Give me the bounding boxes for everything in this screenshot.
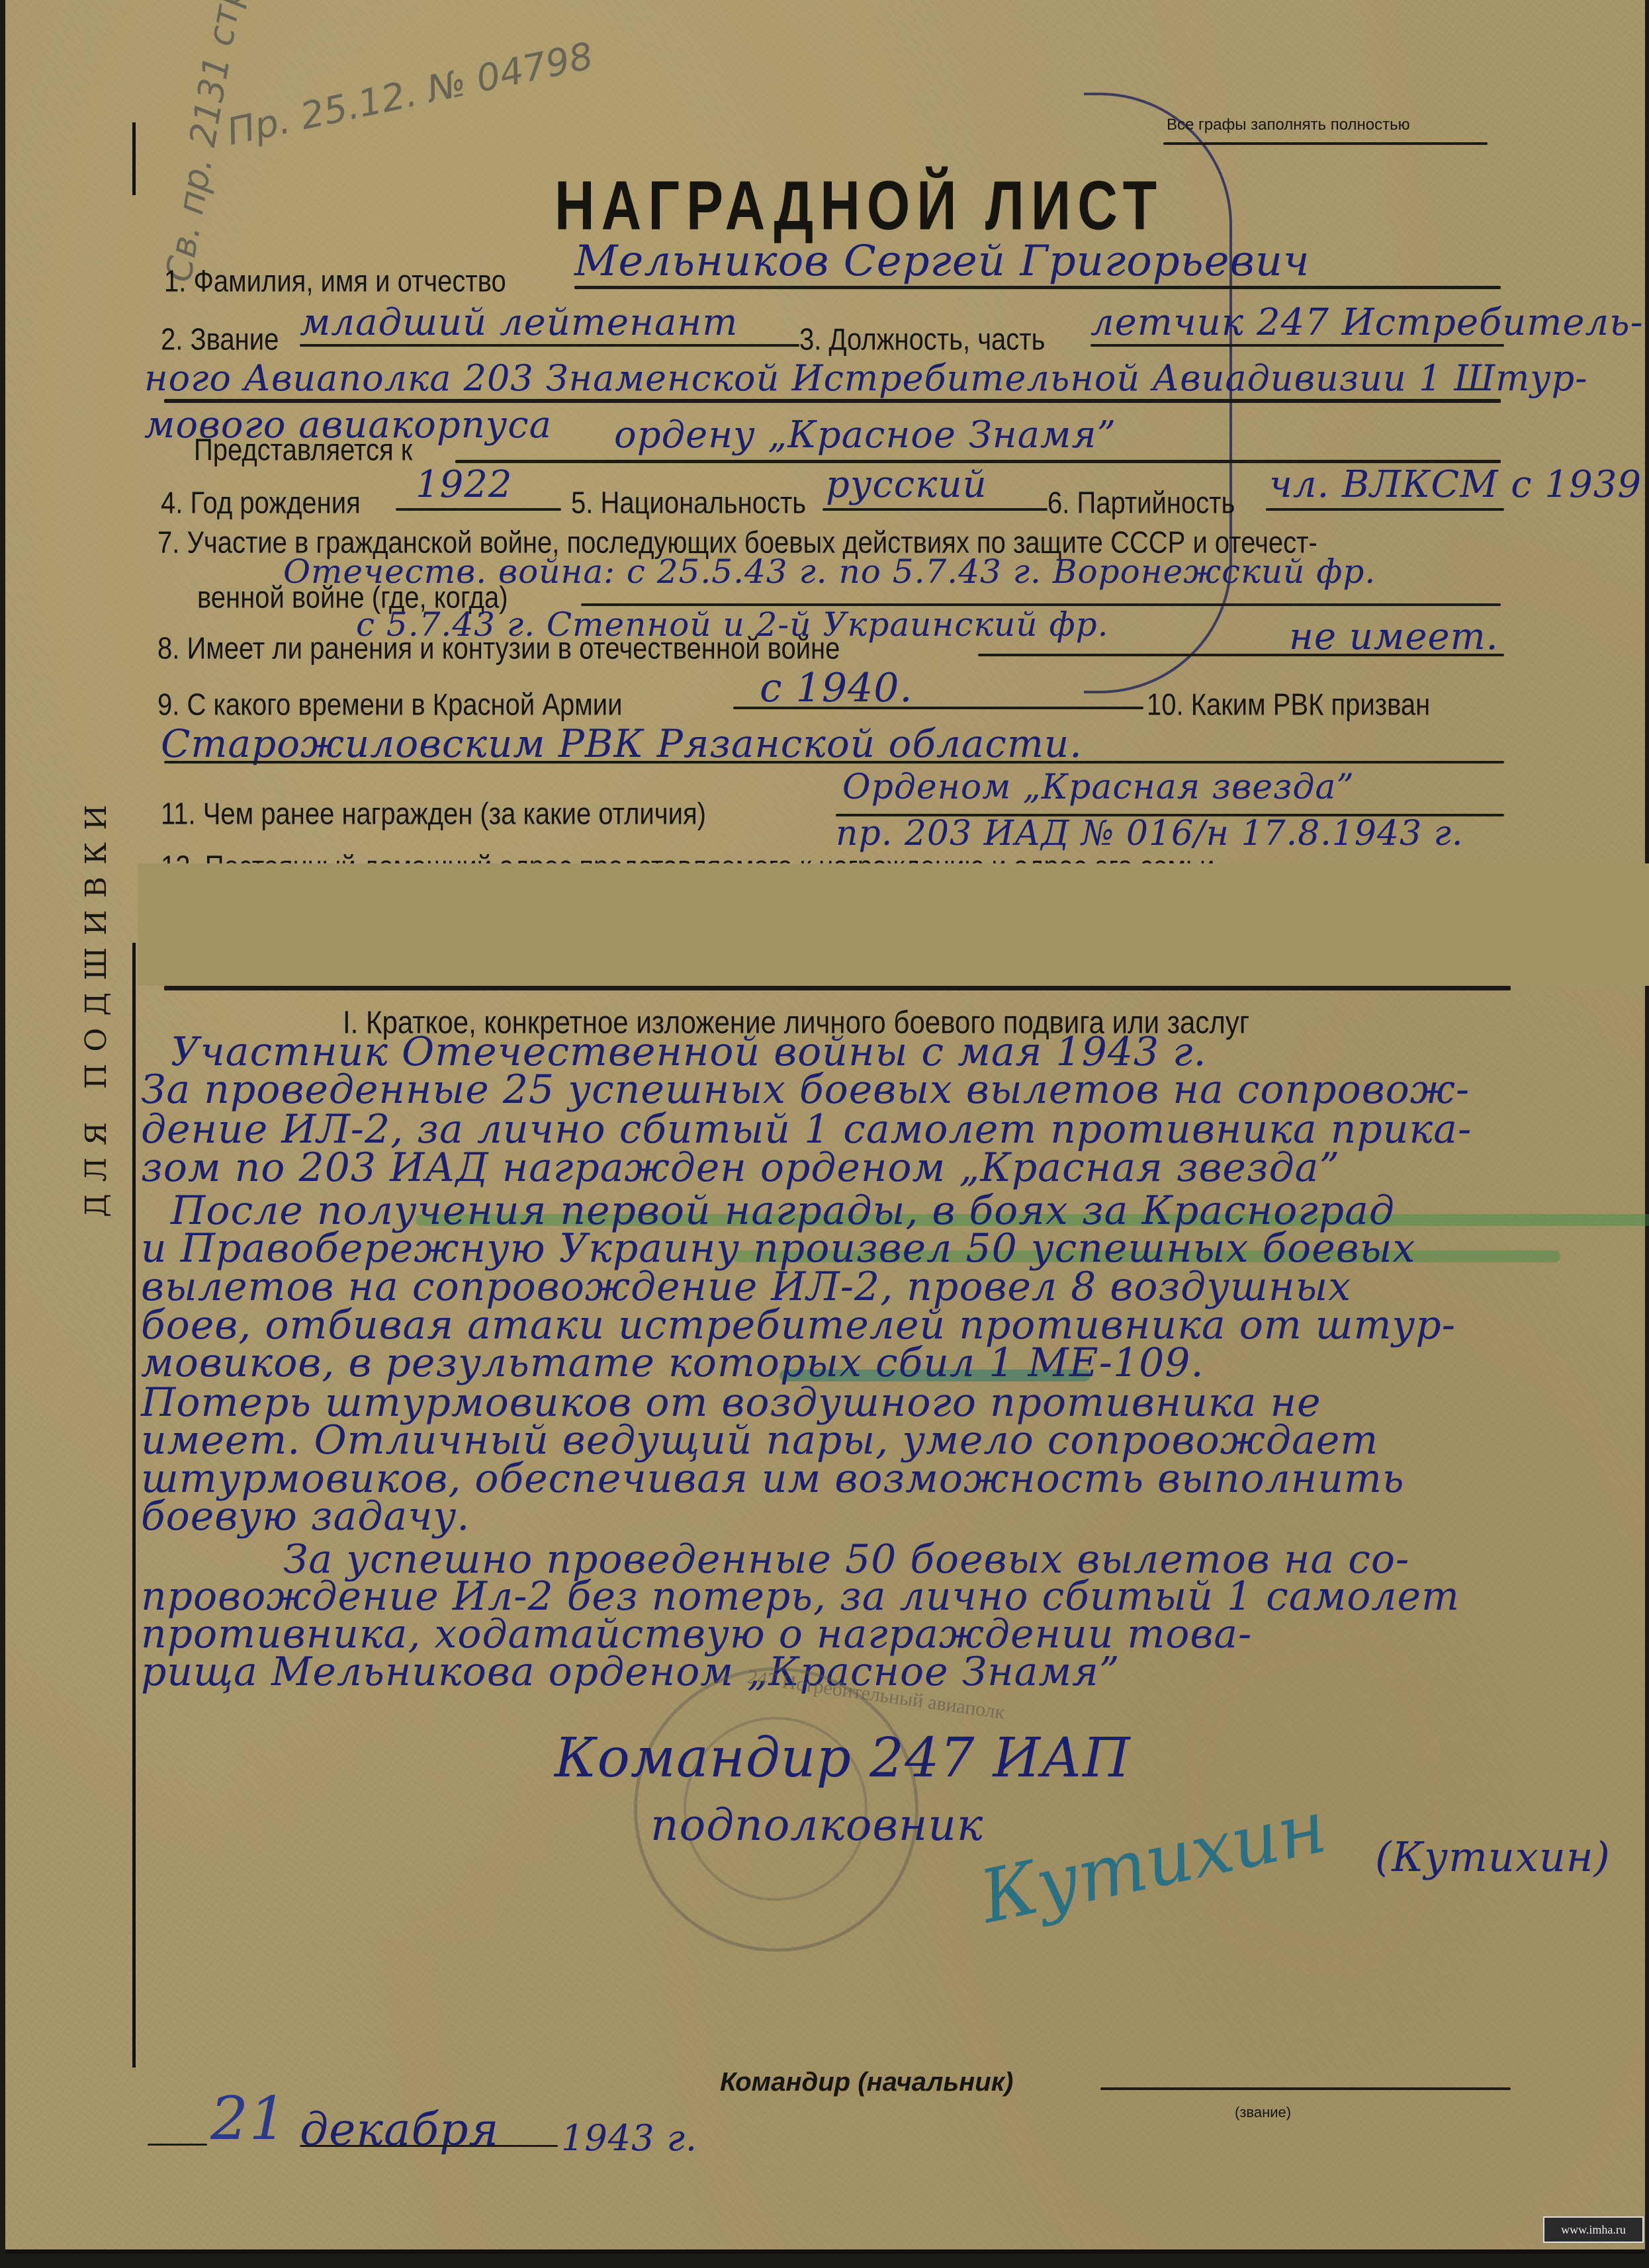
field-3-value-line2: ного Авиаполка 203 Знаменской Истребител… (144, 357, 1587, 399)
field-11-value-line2: пр. 203 ИАД № 016/н 17.8.1943 г. (836, 814, 1463, 853)
presented-label: Представляется к (194, 433, 412, 468)
field-3-value-line1: летчик 247 Истребитель- (1091, 301, 1644, 344)
commander-name: (Кутихин) (1375, 1833, 1611, 1881)
binding-rule (132, 943, 136, 2068)
field-4-underline (396, 508, 561, 511)
field-3-underline-1 (1091, 344, 1504, 347)
presented-value: ордену „Красное Знамя” (614, 414, 1116, 457)
field-1-underline (574, 286, 1501, 289)
date-month: декабря (300, 2104, 500, 2156)
field-2-label: 2. Звание (161, 323, 279, 357)
field-5-label: 5. Национальность (571, 486, 806, 521)
field-10-underline (164, 761, 1504, 763)
date-month-underline (300, 2145, 558, 2147)
field-6-underline (1266, 508, 1504, 511)
date-day-underline (148, 2144, 207, 2146)
field-8-underline (978, 654, 1504, 656)
field-6-value: чл. ВЛКСМ с 1939 г. (1269, 463, 1649, 506)
field-1-label: 1. Фамилия, имя и отчество (164, 265, 506, 299)
field-6-label: 6. Партийность (1047, 486, 1235, 521)
page-title: НАГРАДНОЙ ЛИСТ (555, 165, 1163, 245)
field-5-value: русский (826, 463, 987, 506)
field-3-label: 3. Должность, часть (799, 323, 1045, 357)
narrative-line: рища Мельникова орденом „Красное Знамя” (141, 1649, 1120, 1695)
date-year: 1943 г. (561, 2117, 697, 2159)
binding-margin-label: ДЛЯ ПОДШИВКИ (79, 793, 113, 1217)
section-divider (164, 986, 1511, 990)
narrative-line: зом по 203 ИАД награжден орденом „Красна… (141, 1145, 1340, 1191)
rank-caption: (звание) (1235, 2104, 1291, 2121)
field-11-value-line1: Орденом „Красная звезда” (842, 767, 1355, 807)
field-4-label: 4. Год рождения (161, 486, 361, 521)
field-4-value: 1922 (416, 463, 513, 506)
commander-label: Командир (начальник) (720, 2068, 1013, 2097)
field-9-value: с 1940. (760, 665, 913, 711)
commander-position: Командир 247 ИАП (555, 1727, 1131, 1790)
field-3-underline-2 (164, 399, 1501, 403)
binding-rule-top (132, 122, 136, 195)
commander-signature: Кутихин (973, 1784, 1333, 1939)
redacted-address-block (138, 863, 1649, 986)
imha-watermark: www.imha.ru (1543, 2216, 1644, 2243)
field-1-value: Мельников Сергей Григорьевич (574, 237, 1310, 286)
field-11-label: 11. Чем ранее награжден (за какие отличи… (161, 797, 706, 832)
field-8-label: 8. Имеет ли ранения и контузии в отечест… (157, 632, 840, 666)
instruction-note: Все графы заполнять полностью (1167, 116, 1410, 134)
field-10-label: 10. Каким РВК призван (1147, 688, 1430, 722)
narrative-line: боевую задачу. (141, 1493, 470, 1540)
field-10-value: Старожиловским РВК Рязанской области. (161, 721, 1083, 766)
award-sheet-page: Пр. 25.12. № 04798 Св. пр. 2131 стр 5 Вс… (5, 0, 1645, 2253)
field-2-underline (300, 344, 799, 347)
commander-rank: подполковник (650, 1800, 983, 1851)
field-9-underline (733, 707, 1143, 709)
field-8-value: не имеет. (1289, 615, 1499, 658)
field-2-value: младший лейтенант (300, 301, 738, 344)
commander-underline (1100, 2087, 1511, 2090)
date-day: 21 (210, 2084, 288, 2154)
field-9-label: 9. С какого времени в Красной Армии (157, 688, 622, 722)
pencil-annotation-top: Пр. 25.12. № 04798 (223, 34, 597, 154)
instruction-underline (1163, 142, 1488, 145)
field-5-underline (823, 508, 1047, 511)
